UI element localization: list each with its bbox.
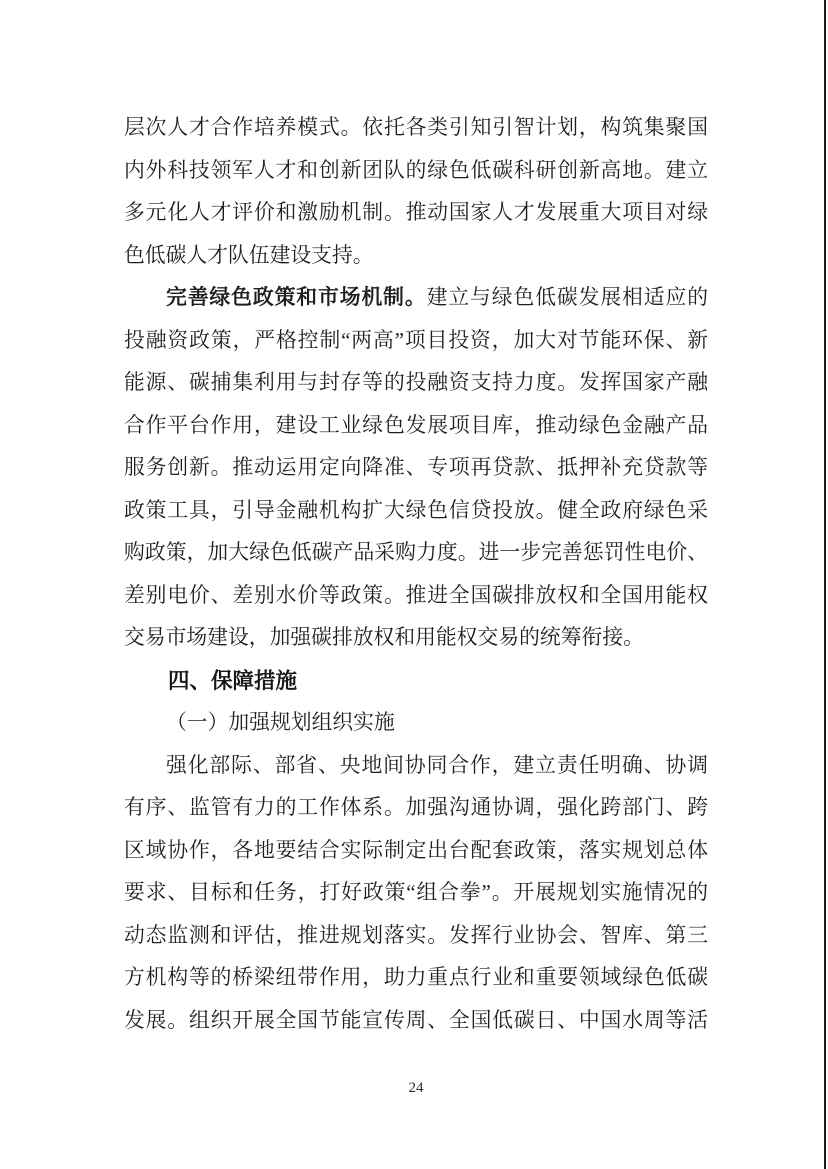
text-line: 完善绿色政策和市场机制。建立与绿色低碳发展相适应的 <box>124 277 708 320</box>
document-page: 层次人才合作培养模式。依托各类引知引智计划，构筑集聚国 内外科技领军人才和创新团… <box>0 0 828 1169</box>
section-heading: 四、保障措施 <box>124 660 708 703</box>
paragraph-lead-bold-text: 完善绿色政策和市场机制。 <box>166 286 427 309</box>
text-line: 方机构等的桥梁纽带作用，助力重点行业和重要领域绿色低碳 <box>124 957 708 1000</box>
text-line: 动态监测和评估，推进规划落实。发挥行业协会、智库、第三 <box>124 915 708 958</box>
text-line: 要求、目标和任务，打好政策“组合拳”。开展规划实施情况的 <box>124 872 708 915</box>
document-body: 层次人才合作培养模式。依托各类引知引智计划，构筑集聚国 内外科技领军人才和创新团… <box>124 107 708 1042</box>
text-line: 层次人才合作培养模式。依托各类引知引智计划，构筑集聚国 <box>124 107 708 150</box>
text-line: 差别电价、差别水价等政策。推进全国碳排放权和全国用能权 <box>124 575 708 618</box>
text-line: 能源、碳捕集利用与封存等的投融资支持力度。发挥国家产融 <box>124 362 708 405</box>
text-line: 投融资政策，严格控制“两高”项目投资，加大对节能环保、新 <box>124 320 708 363</box>
text-line: 色低碳人才队伍建设支持。 <box>124 235 708 278</box>
text-line: 购政策，加大绿色低碳产品采购力度。进一步完善惩罚性电价、 <box>124 532 708 575</box>
page-number: 24 <box>124 1080 708 1097</box>
text-line: 服务创新。推动运用定向降准、专项再贷款、抵押补充贷款等 <box>124 447 708 490</box>
text-line: 区域协作，各地要结合实际制定出台配套政策，落实规划总体 <box>124 830 708 873</box>
text-line: 有序、监管有力的工作体系。加强沟通协调，强化跨部门、跨 <box>124 787 708 830</box>
paragraph-lead-continuation-text: 建立与绿色低碳发展相适应的 <box>427 286 708 309</box>
text-line: 政策工具，引导金融机构扩大绿色信贷投放。健全政府绿色采 <box>124 490 708 533</box>
text-line: 交易市场建设，加强碳排放权和用能权交易的统筹衔接。 <box>124 617 708 660</box>
text-line: 合作平台作用，建设工业绿色发展项目库，推动绿色金融产品 <box>124 405 708 448</box>
scan-edge-line <box>824 0 826 1169</box>
text-line: 强化部际、部省、央地间协同合作，建立责任明确、协调 <box>124 745 708 788</box>
text-line: 发展。组织开展全国节能宣传周、全国低碳日、中国水周等活 <box>124 1000 708 1043</box>
subsection-heading: （一）加强规划组织实施 <box>124 702 708 745</box>
text-line: 多元化人才评价和激励机制。推动国家人才发展重大项目对绿 <box>124 192 708 235</box>
text-line: 内外科技领军人才和创新团队的绿色低碳科研创新高地。建立 <box>124 150 708 193</box>
